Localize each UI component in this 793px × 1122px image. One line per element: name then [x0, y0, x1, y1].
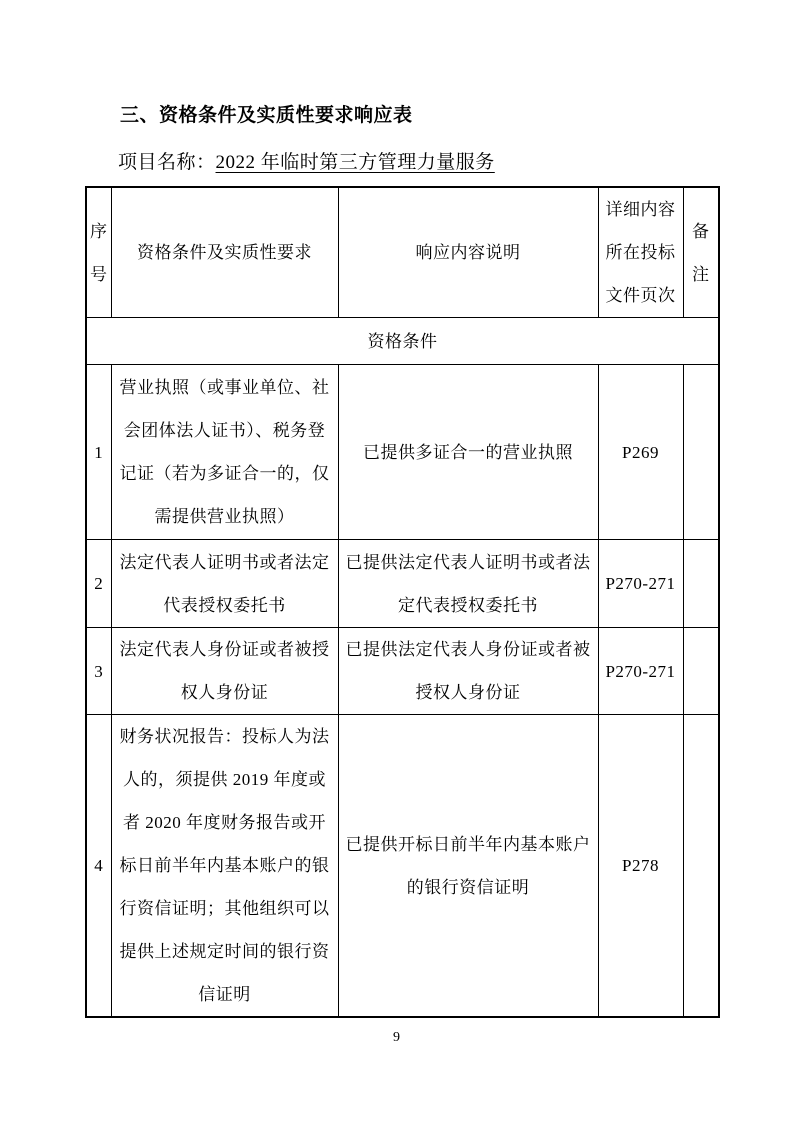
- header-cell-serial: 序 号: [86, 187, 111, 318]
- table-row: 1 营业执照（或事业单位、社 会团体法人证书）、税务登 记证（若为多证合一的，仅…: [86, 365, 719, 540]
- cell-remark: [683, 628, 719, 715]
- cell-remark: [683, 540, 719, 628]
- cell-page-ref: P270-271: [598, 628, 683, 715]
- cell-requirement: 营业执照（或事业单位、社 会团体法人证书）、税务登 记证（若为多证合一的，仅 需…: [111, 365, 338, 540]
- project-name-line: 项目名称：2022 年临时第三方管理力量服务: [118, 147, 495, 174]
- project-name-value: 2022 年临时第三方管理力量服务: [216, 152, 495, 173]
- header-cell-page-ref: 详细内容 所在投标 文件页次: [598, 187, 683, 318]
- cell-response: 已提供开标日前半年内基本账户 的银行资信证明: [338, 715, 598, 1018]
- cell-serial: 3: [86, 628, 111, 715]
- project-name-label: 项目名称：: [118, 152, 216, 173]
- cell-response: 已提供法定代表人身份证或者被 授权人身份证: [338, 628, 598, 715]
- cell-page-ref: P278: [598, 715, 683, 1018]
- section-row: 资格条件: [86, 318, 719, 365]
- cell-remark: [683, 715, 719, 1018]
- cell-page-ref: P269: [598, 365, 683, 540]
- cell-response: 已提供多证合一的营业执照: [338, 365, 598, 540]
- cell-requirement: 法定代表人身份证或者被授 权人身份证: [111, 628, 338, 715]
- cell-response: 已提供法定代表人证明书或者法 定代表授权委托书: [338, 540, 598, 628]
- qualification-response-table: 序 号 资格条件及实质性要求 响应内容说明 详细内容 所在投标 文件页次 备 注…: [85, 186, 720, 1018]
- page-number: 9: [0, 1030, 793, 1046]
- section-title-cell: 资格条件: [86, 318, 719, 365]
- header-cell-response: 响应内容说明: [338, 187, 598, 318]
- table-header-row: 序 号 资格条件及实质性要求 响应内容说明 详细内容 所在投标 文件页次 备 注: [86, 187, 719, 318]
- table-row: 2 法定代表人证明书或者法定 代表授权委托书 已提供法定代表人证明书或者法 定代…: [86, 540, 719, 628]
- page-title: 三、资格条件及实质性要求响应表: [120, 100, 413, 127]
- table-row: 3 法定代表人身份证或者被授 权人身份证 已提供法定代表人身份证或者被 授权人身…: [86, 628, 719, 715]
- header-cell-remark: 备 注: [683, 187, 719, 318]
- cell-serial: 2: [86, 540, 111, 628]
- cell-serial: 1: [86, 365, 111, 540]
- cell-requirement: 法定代表人证明书或者法定 代表授权委托书: [111, 540, 338, 628]
- cell-requirement: 财务状况报告：投标人为法 人的，须提供 2019 年度或 者 2020 年度财务…: [111, 715, 338, 1018]
- cell-remark: [683, 365, 719, 540]
- header-cell-requirement: 资格条件及实质性要求: [111, 187, 338, 318]
- cell-page-ref: P270-271: [598, 540, 683, 628]
- cell-serial: 4: [86, 715, 111, 1018]
- table-row: 4 财务状况报告：投标人为法 人的，须提供 2019 年度或 者 2020 年度…: [86, 715, 719, 1018]
